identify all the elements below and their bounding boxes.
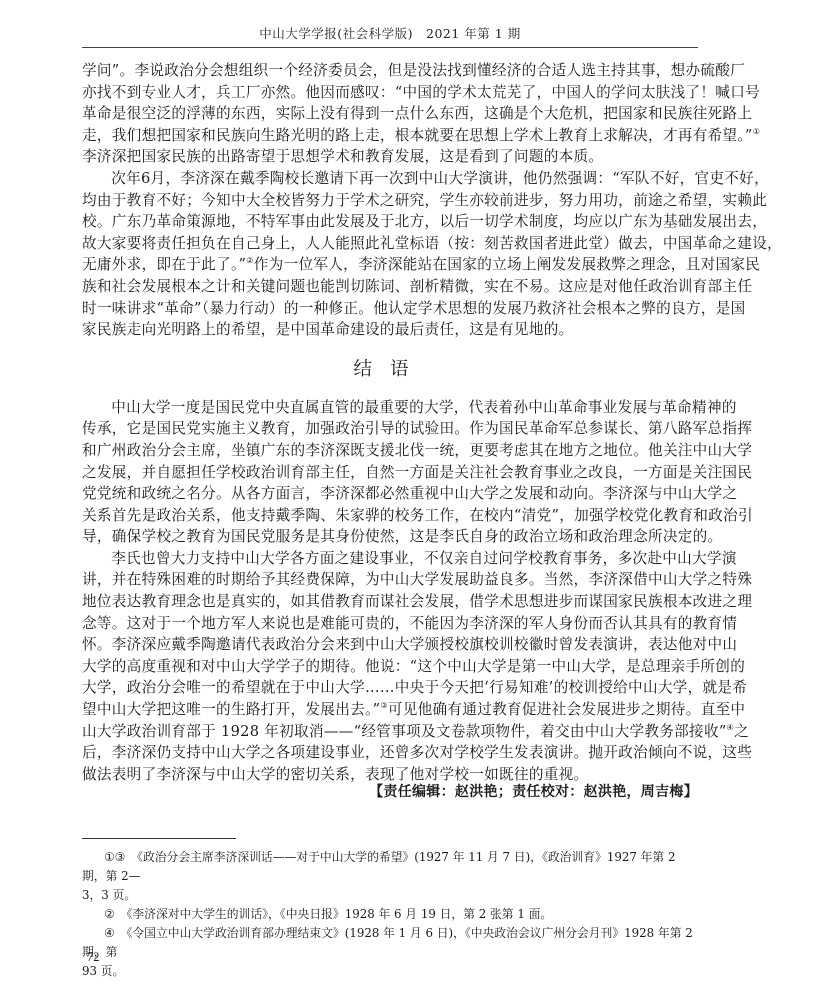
footnote-ref-3[interactable]: ③ bbox=[380, 701, 387, 710]
text-line: 族和社会发展根本之计和关键问题也能剀切陈词、剖析精微，实在不易。这应是对他任政治… bbox=[82, 276, 698, 298]
text-segment: 无庸外求，即在于此了。” bbox=[82, 256, 246, 273]
text-line: 校。广东乃革命策源地，不特军事由此发展及于北方，以后一切学术制度，均应以广东为基… bbox=[82, 211, 698, 233]
footnote-item: ①③《政治分会主席李济深训话——对于中山大学的希望》(1927 年 11 月 7… bbox=[82, 848, 698, 905]
text-line: 大学，政治分会唯一的希望就在于中山大学……中央于今天把‘行易知难’的校训授给中山… bbox=[82, 677, 698, 699]
text-line: 学问”。李说政治分会想组织一个经济委员会，但是没法找到懂经济的合适人选主持其事，… bbox=[82, 60, 698, 82]
text-line: 家民族走向光明路上的希望，是中国革命建设的最后责任，这是有见地的。 bbox=[82, 319, 698, 341]
footnote-mark: ④ bbox=[104, 924, 115, 943]
text-line: 李济深把国家民族的出路寄望于思想学术和教育发展，这是看到了问题的本质。 bbox=[82, 146, 698, 168]
footnote-text: 《政治分会主席李济深训话——对于中山大学的希望》(1927 年 11 月 7 日… bbox=[82, 850, 675, 883]
text-line: 地位表达教育理念也是真实的，如其借教育而谋社会发展，借学术思想进步而谋国家民族根… bbox=[82, 591, 698, 613]
text-line: 导，确保学校之教育为国民党服务是其身份使然，这是李氏自身的政治立场和政治理念所决… bbox=[82, 526, 698, 548]
footnote-text: 《令国立中山大学政治训育部办理结束文》(1928 年 1 月 6 日)，《中央政… bbox=[82, 926, 693, 959]
text-line: 讲，并在特殊困难的时期给予其经费保障，为中山大学发展助益良多。当然，李济深借中山… bbox=[82, 569, 698, 591]
footnote-ref-4[interactable]: ④ bbox=[727, 723, 734, 732]
text-segment: 山大学政治训育部于 1928 年初取消——“经管事项及文卷款项物件，着交由中山大… bbox=[82, 723, 727, 740]
footnotes: ①③《政治分会主席李济深训话——对于中山大学的希望》(1927 年 11 月 7… bbox=[82, 848, 698, 981]
text-line: 后，李济深仍支持中山大学之各项建设事业，还曾多次对学校学生发表演讲。抛开政治倾向… bbox=[82, 742, 698, 764]
text-line: 无庸外求，即在于此了。”②作为一位军人，李济深能站在国家的立场上阐发发展救弊之理… bbox=[82, 254, 698, 276]
footnote-continuation: 3，3 页。 bbox=[82, 888, 136, 902]
journal-page: 中山大学学报(社会科学版) 2021 年第 1 期 学问”。李说政治分会想组织一… bbox=[0, 0, 824, 988]
header-rule bbox=[82, 47, 698, 48]
page-number: 72 bbox=[87, 950, 100, 965]
footnote-text: 《李济深对中大学生的训话》，《中央日报》1928 年 6 月 19 日，第 2 … bbox=[121, 907, 553, 921]
text-line: 和广州政治分会主席，坐镇广东的李济深既支援北伐一统，更要考虑其在地方之地位。他关… bbox=[82, 440, 698, 462]
text-segment: 之 bbox=[734, 723, 749, 740]
text-line: 关系首先是政治关系，他支持戴季陶、朱家骅的校务工作，在校内“清党”，加强学校党化… bbox=[82, 505, 698, 527]
paragraph-2: 次年6月，李济深在戴季陶校长邀请下再一次到中山大学演讲，他仍然强调：“军队不好，… bbox=[82, 168, 698, 341]
article-body: 学问”。李说政治分会想组织一个经济委员会，但是没法找到懂经济的合适人选主持其事，… bbox=[82, 60, 698, 785]
paragraph-4: 李氏也曾大力支持中山大学各方面之建设事业，不仅亲自过问学校教育事务，多次赴中山大… bbox=[82, 548, 698, 786]
running-header: 中山大学学报(社会科学版) 2021 年第 1 期 bbox=[82, 24, 698, 42]
text-line: 山大学政治训育部于 1928 年初取消——“经管事项及文卷款项物件，着交由中山大… bbox=[82, 721, 698, 743]
text-line: 大学的高度重视和对中山大学学子的期待。他说：“这个中山大学是第一中山大学，是总理… bbox=[82, 656, 698, 678]
text-line: 望中山大学把这唯一的生路打开，发展出去。”③可见他确有通过教育促进社会发展进步之… bbox=[82, 699, 698, 721]
text-segment: 走，我们想把国家和民族向生路光明的路上走，根本就要在思想上学术上教育上求解决，才… bbox=[82, 127, 753, 144]
footnote-continuation: 93 页。 bbox=[82, 964, 124, 978]
text-line: 念等。这对于一个地方军人来说也是难能可贵的，不能因为李济深的军人身份而否认其具有… bbox=[82, 613, 698, 635]
text-line: 党党统和政统之名分。从各方面言，李济深都必然重视中山大学之发展和动向。李济深与中… bbox=[82, 483, 698, 505]
paragraph-1: 学问”。李说政治分会想组织一个经济委员会，但是没法找到懂经济的合适人选主持其事，… bbox=[82, 60, 698, 168]
text-segment: 作为一位军人，李济深能站在国家的立场上阐发发展救弊之理念，且对国家民 bbox=[254, 256, 760, 273]
footnote-item: ②《李济深对中大学生的训话》，《中央日报》1928 年 6 月 19 日，第 2… bbox=[82, 905, 698, 924]
text-line: 次年6月，李济深在戴季陶校长邀请下再一次到中山大学演讲，他仍然强调：“军队不好，… bbox=[82, 168, 698, 190]
footnote-mark: ② bbox=[104, 905, 115, 924]
text-line: 故大家要将责任担负在自己身上，人人能照此礼堂标语（按：刻苦救国者进此堂）做去，中… bbox=[82, 233, 698, 255]
text-line: 李氏也曾大力支持中山大学各方面之建设事业，不仅亲自过问学校教育事务，多次赴中山大… bbox=[82, 548, 698, 570]
text-line: 怀。李济深应戴季陶邀请代表政治分会来到中山大学颁授校旗校训校徽时曾发表演讲，表达… bbox=[82, 634, 698, 656]
text-line: 之发展，并自愿担任学校政治训育部主任，自然一方面是关注社会教育事业之改良，一方面… bbox=[82, 462, 698, 484]
text-segment: 望中山大学把这唯一的生路打开，发展出去。” bbox=[82, 701, 380, 718]
text-line: 中山大学一度是国民党中央直属直管的最重要的大学，代表着孙中山革命事业发展与革命精… bbox=[82, 397, 698, 419]
footnote-ref-1[interactable]: ① bbox=[753, 127, 760, 136]
text-line: 均由于教育不好；今知中大全校皆努力于学术之研究，学生亦较前进步，努力用功，前途之… bbox=[82, 190, 698, 212]
footnote-item: ④《令国立中山大学政治训育部办理结束文》(1928 年 1 月 6 日)，《中央… bbox=[82, 924, 698, 981]
text-line: 走，我们想把国家和民族向生路光明的路上走，根本就要在思想上学术上教育上求解决，才… bbox=[82, 125, 698, 147]
editor-credits: 【责任编辑：赵洪艳；责任校对：赵洪艳，周吉梅】 bbox=[369, 781, 698, 801]
footnote-mark: ①③ bbox=[104, 848, 125, 867]
text-line: 传承，它是国民党实施主义教育，加强政治引导的试验田。作为国民革命军总参谋长、第八… bbox=[82, 418, 698, 440]
section-title-conclusion: 结语 bbox=[82, 355, 698, 381]
paragraph-3: 中山大学一度是国民党中央直属直管的最重要的大学，代表着孙中山革命事业发展与革命精… bbox=[82, 397, 698, 548]
text-line: 革命是很空泛的浮薄的东西，实际上没有得到一点什么东西，这确是个大危机，把国家和民… bbox=[82, 103, 698, 125]
footnote-ref-2[interactable]: ② bbox=[246, 256, 253, 265]
text-line: 亦找不到专业人才，兵工厂亦然。他因而感叹：“中国的学术太荒芜了，中国人的学问太肤… bbox=[82, 82, 698, 104]
footnote-rule bbox=[82, 838, 236, 839]
text-segment: 可见他确有通过教育促进社会发展进步之期待。直至中 bbox=[388, 701, 745, 718]
text-line: 时一味讲求“革命”（暴力行动）的一种修正。他认定学术思想的发展乃救济社会根本之弊… bbox=[82, 298, 698, 320]
